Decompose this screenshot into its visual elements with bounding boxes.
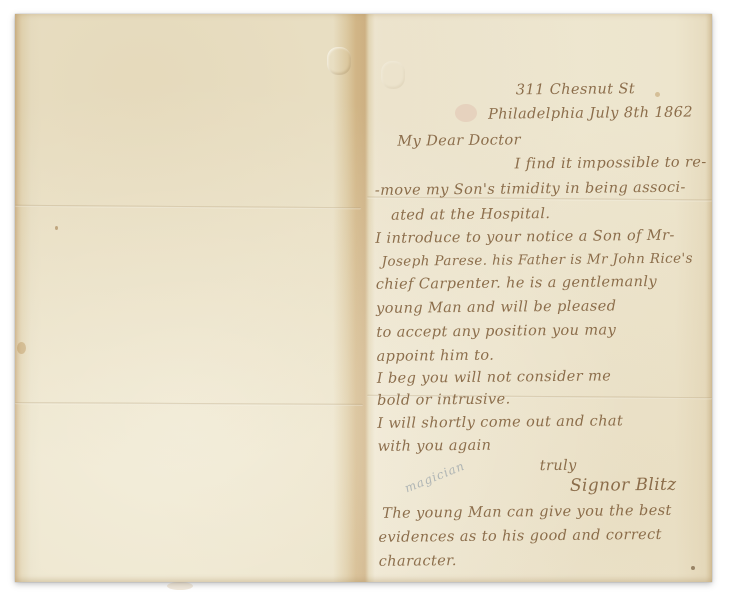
letter-line: to accept any position you may <box>376 322 616 341</box>
letter-line: I beg you will not consider me <box>377 368 612 386</box>
postscript-line: character. <box>379 553 457 570</box>
letter-sheet: 311 Chesnut St Philadelphia July 8th 186… <box>15 14 712 582</box>
letter-line: I find it impossible to re- <box>514 154 706 172</box>
letter-line: -move my Son's timidity in being associ- <box>375 180 686 199</box>
letter-line: I will shortly come out and chat <box>377 413 623 432</box>
postscript-line: The young Man can give you the best <box>382 503 672 522</box>
letter-line: appoint him to. <box>377 348 495 365</box>
letter-line: bold or intrusive. <box>377 391 511 408</box>
letter-line: chief Carpenter. he is a gentlemanly <box>376 274 657 293</box>
letter-line: young Man and will be pleased <box>376 298 616 317</box>
letter-line: ated at the Hospital. <box>391 206 550 224</box>
address-line: 311 Chesnut St <box>516 81 635 98</box>
letter-line: I introduce to your notice a Son of Mr- <box>375 228 675 247</box>
postscript-line: evidences as to his good and correct <box>378 527 662 546</box>
handwritten-letter-text: 311 Chesnut St Philadelphia July 8th 186… <box>15 10 718 585</box>
closing: truly <box>540 458 577 474</box>
salutation: My Dear Doctor <box>397 132 521 149</box>
letter-line: Joseph Parese. his Father is Mr John Ric… <box>382 251 693 270</box>
letter-line: with you again <box>377 438 491 455</box>
dateline: Philadelphia July 8th 1862 <box>488 105 693 123</box>
signature: Signor Blitz <box>570 475 677 496</box>
letter-photograph: 311 Chesnut St Philadelphia July 8th 186… <box>0 0 740 600</box>
